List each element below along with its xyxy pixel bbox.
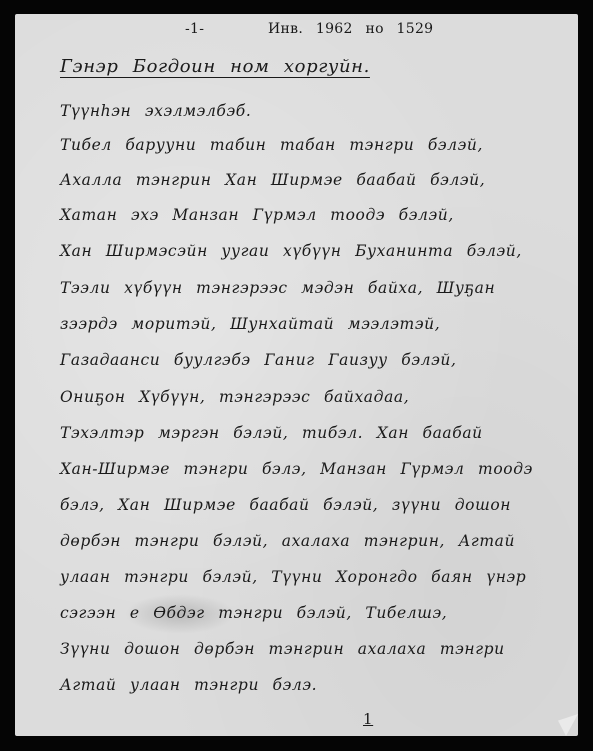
text-line: Тэхэлтэр мэргэн бэлэй, тибэл. Хан баабай: [60, 424, 483, 442]
text-line: Ахалла тэнгрин Хан Ширмэе баабай бэлэй,: [60, 171, 485, 189]
text-line: Тибел барууни табин табан тэнгри бэлэй,: [60, 136, 483, 154]
text-line: бэлэ, Хан Ширмэе баабай бэлэй, зүүни дош…: [60, 496, 511, 514]
text-line: улаан тэнгри бэлэй, Түүни Хоронгдо баян …: [60, 568, 526, 586]
text-line: Түүнһэн эхэлмэлбэб.: [60, 102, 251, 120]
page-number: -1-: [185, 21, 204, 37]
text-line: сэгээн е Өбдэг тэнгри бэлэй, Тибелшэ,: [60, 604, 447, 622]
page-mark: 1: [363, 710, 373, 728]
text-line: Газадаанси буулгэбэ Ганиг Гаизуу бэлэй,: [60, 351, 457, 369]
text-line: Зүүни дошон дөрбэн тэнгрин ахалаха тэнгр…: [60, 640, 505, 658]
text-line: Ониҕон Хүбүүн, тэнгэрээс байхадаа,: [60, 388, 409, 406]
text-line: Хан Ширмэсэйн уугаи хүбүүн Буханинта бэл…: [60, 242, 522, 260]
document-title: Гэнэр Богдоин ном хоргуйн.: [60, 56, 370, 77]
text-line: Агтай улаан тэнгри бэлэ.: [60, 676, 317, 694]
text-line: Хан-Ширмэе тэнгри бэлэ, Манзан Гүрмэл то…: [60, 460, 533, 478]
manuscript-page: -1- Инв. 1962 но 1529 Гэнэр Богдоин ном …: [15, 14, 578, 736]
text-line: дөрбэн тэнгри бэлэй, ахалаха тэнгрин, Аг…: [60, 532, 515, 550]
header: -1- Инв. 1962 но 1529: [185, 21, 433, 37]
text-line: зээрдэ моритэй, Шунхайтай мээлэтэй,: [60, 315, 440, 333]
text-line: Хатан эхэ Манзан Гүрмэл тоодэ бэлэй,: [60, 206, 454, 224]
inventory-ref: Инв. 1962 но 1529: [268, 21, 433, 37]
text-line: Тээли хүбүүн тэнгэрээс мэдэн байха, Шуҕа…: [60, 279, 495, 297]
folded-corner: [558, 714, 578, 736]
